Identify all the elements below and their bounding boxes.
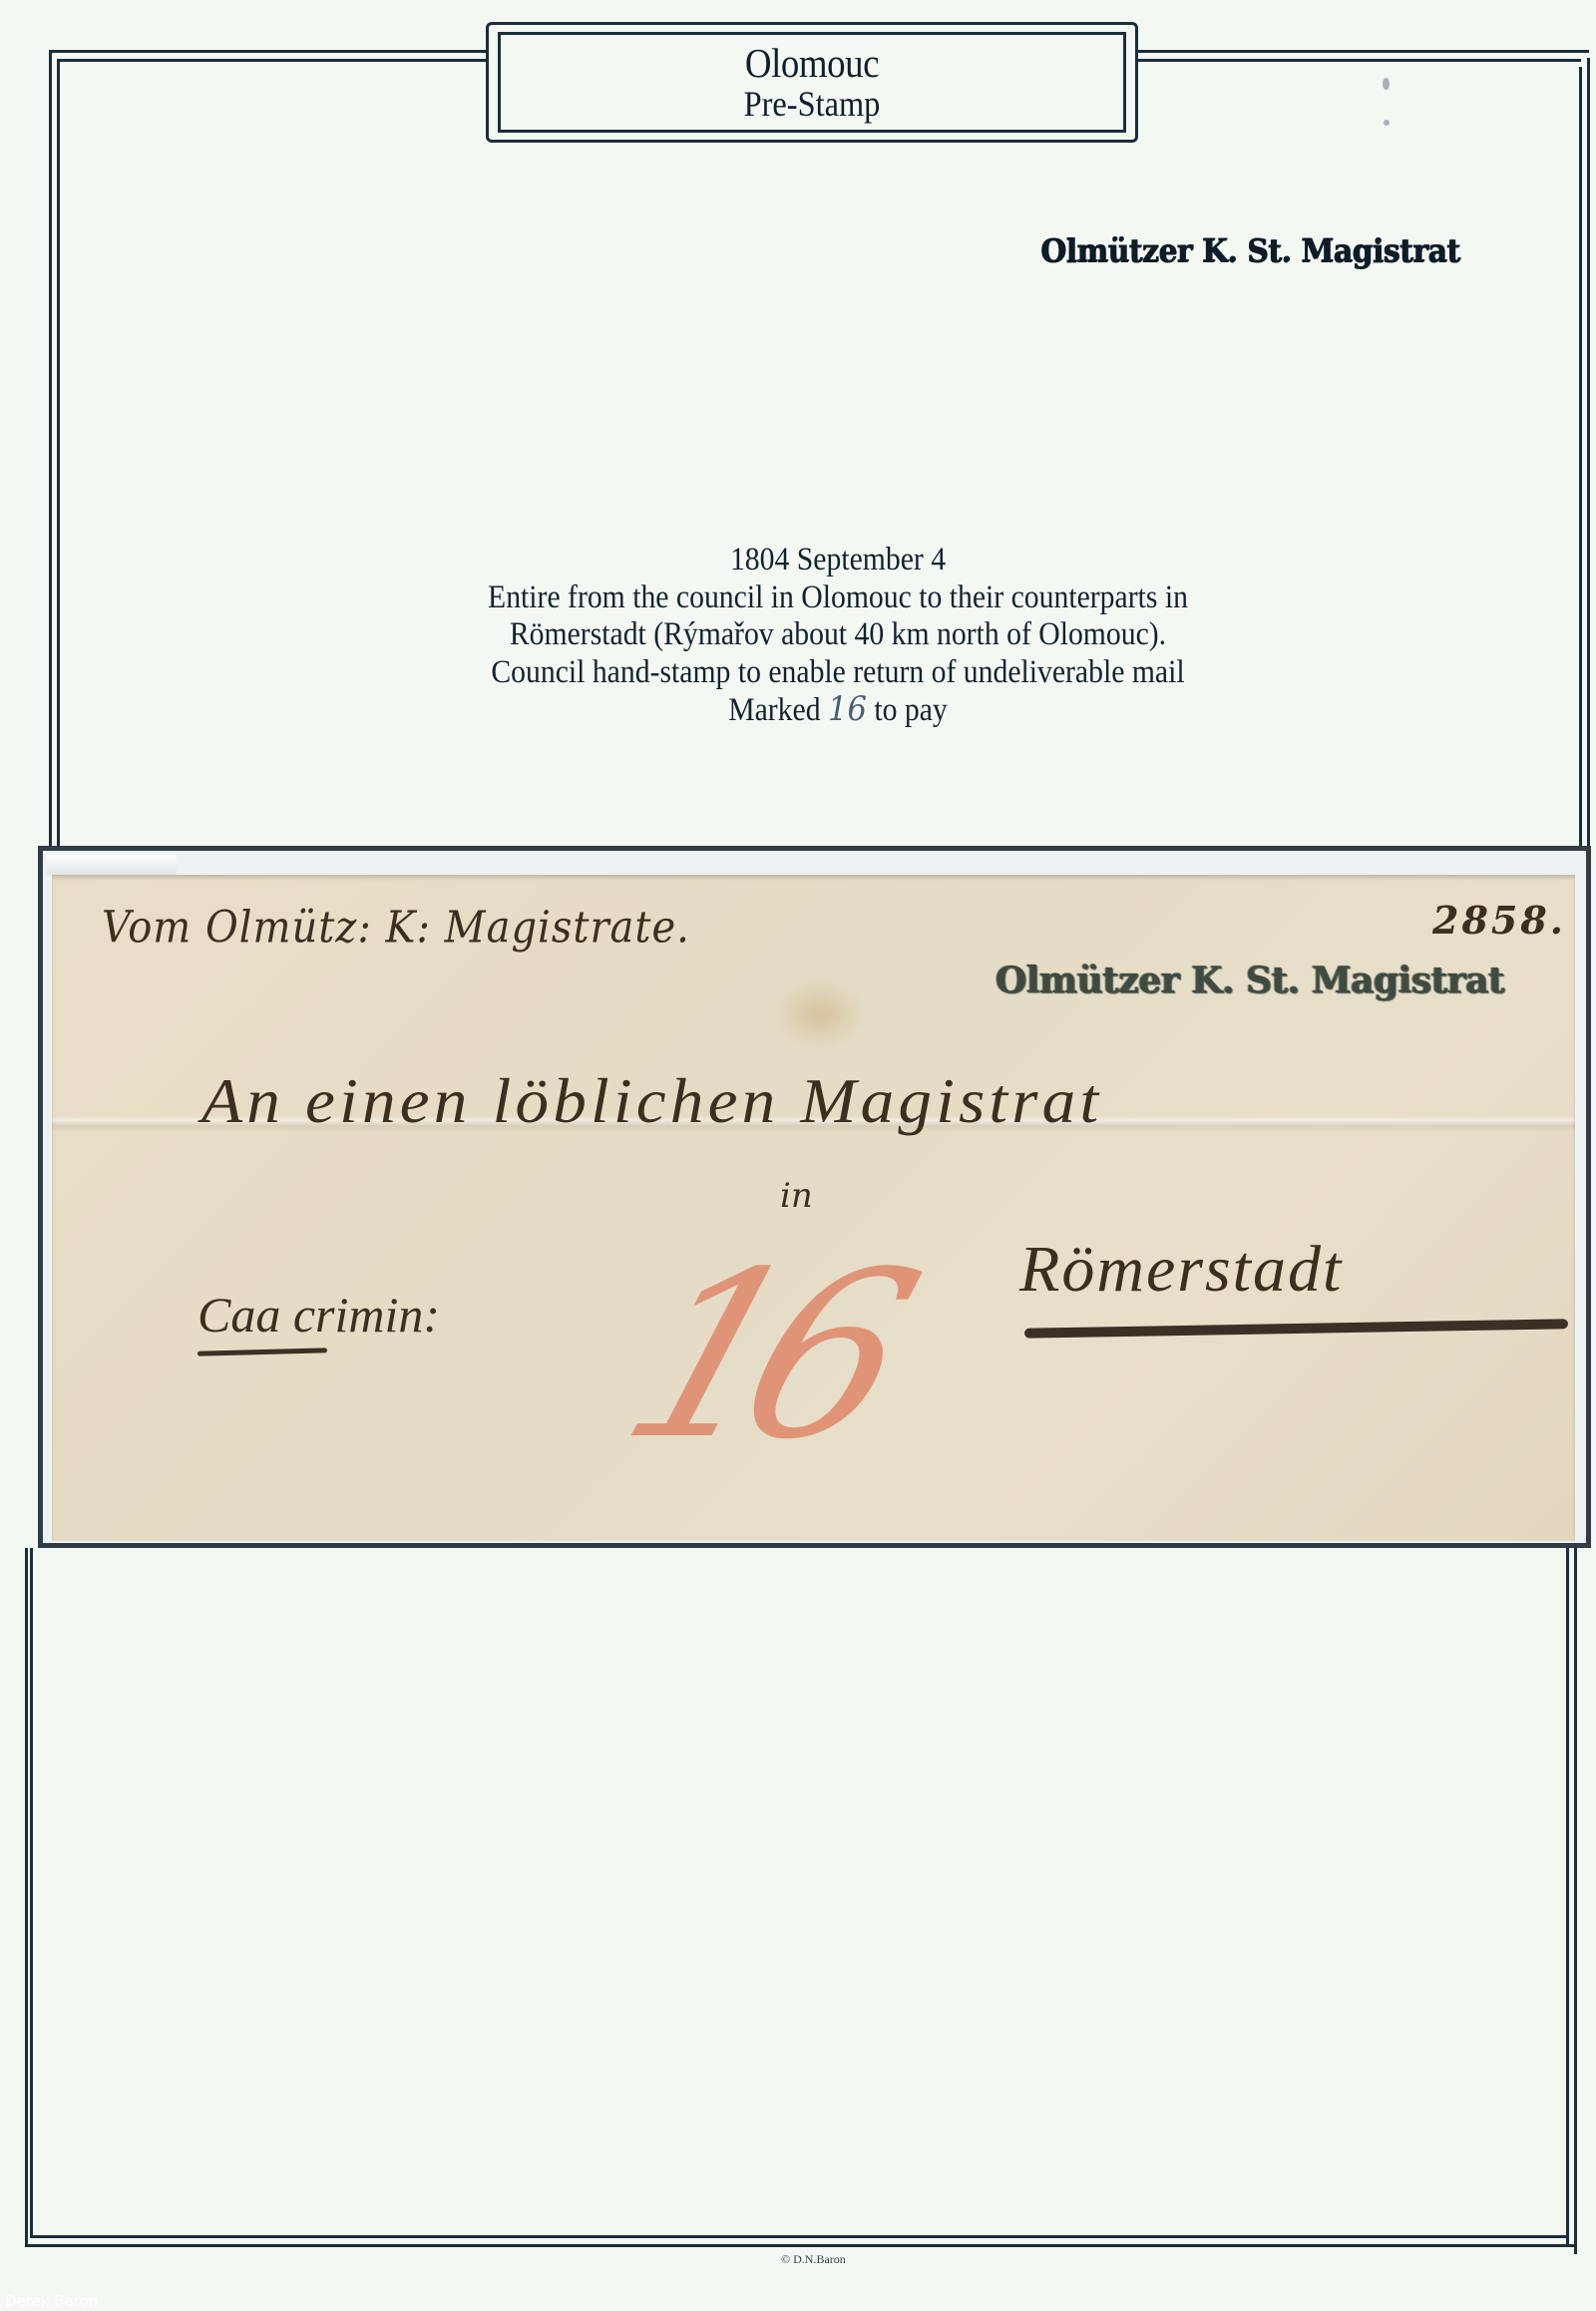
watermark: Derek Baron: [5, 2292, 98, 2310]
description-line: Council hand-stamp to enable return of u…: [398, 654, 1278, 692]
frame-left-inner: [57, 59, 60, 848]
title-box: Olomouc Pre-Stamp: [486, 22, 1138, 143]
frame-bottom-inner: [30, 2235, 1569, 2238]
frame-bottom-outer: [25, 2244, 1577, 2247]
council-handstamp: Olmützer K. St. Magistrat: [996, 960, 1504, 1001]
description-line: Entire from the council in Olomouc to th…: [398, 579, 1278, 617]
mount-sleeve-corner: [47, 855, 177, 875]
caa-underline: [198, 1348, 327, 1355]
frame-right-inner: [1579, 67, 1582, 848]
caa-crimin-note: Caa crimin:: [198, 1286, 440, 1344]
copyright-notice: © D.N.Baron: [781, 2252, 846, 2267]
destination: Römerstadt: [1019, 1232, 1343, 1308]
frame-left-outer: [49, 50, 52, 848]
postal-entire: Vom Olmütz: K: Magistrate. 2858. Olmütze…: [52, 875, 1575, 1541]
destination-underline: [1024, 1319, 1568, 1339]
red-crayon-postage-mark: 16: [598, 1224, 916, 1490]
marked-value: 16: [828, 689, 867, 729]
letter-mount: Vom Olmütz: K: Magistrate. 2858. Olmütze…: [38, 846, 1591, 1548]
address-in: in: [780, 1176, 813, 1216]
title-box-inner: Olomouc Pre-Stamp: [498, 32, 1126, 133]
description-line: Römerstadt (Rýmařov about 40 km north of…: [398, 616, 1278, 654]
page-subtitle: Pre-Stamp: [532, 85, 1092, 123]
description-marked-line: Marked 16 to pay: [398, 691, 1278, 730]
frame-right-inner-lower: [1566, 1548, 1569, 2246]
paper-speck: [1384, 120, 1390, 126]
page-title: Olomouc: [532, 41, 1092, 85]
description-block: 1804 September 4 Entire from the council…: [349, 542, 1327, 730]
marked-prefix: Marked: [728, 692, 820, 728]
paper-speck: [1383, 78, 1390, 90]
sender-note: Vom Olmütz: K: Magistrate.: [102, 903, 690, 954]
address-line: An einen löblichen Magistrat: [201, 1064, 1102, 1138]
marked-suffix: to pay: [874, 692, 947, 728]
frame-right-outer: [1587, 58, 1590, 848]
frame-left-inner-lower: [30, 1548, 33, 2236]
frame-right-outer-lower: [1574, 1548, 1577, 2254]
description-date: 1804 September 4: [398, 542, 1278, 579]
handstamp-reproduction: Olmützer K. St. Magistrat: [1040, 231, 1485, 269]
document-number: 2858.: [1432, 898, 1566, 943]
frame-left-outer-lower: [25, 1548, 28, 2244]
